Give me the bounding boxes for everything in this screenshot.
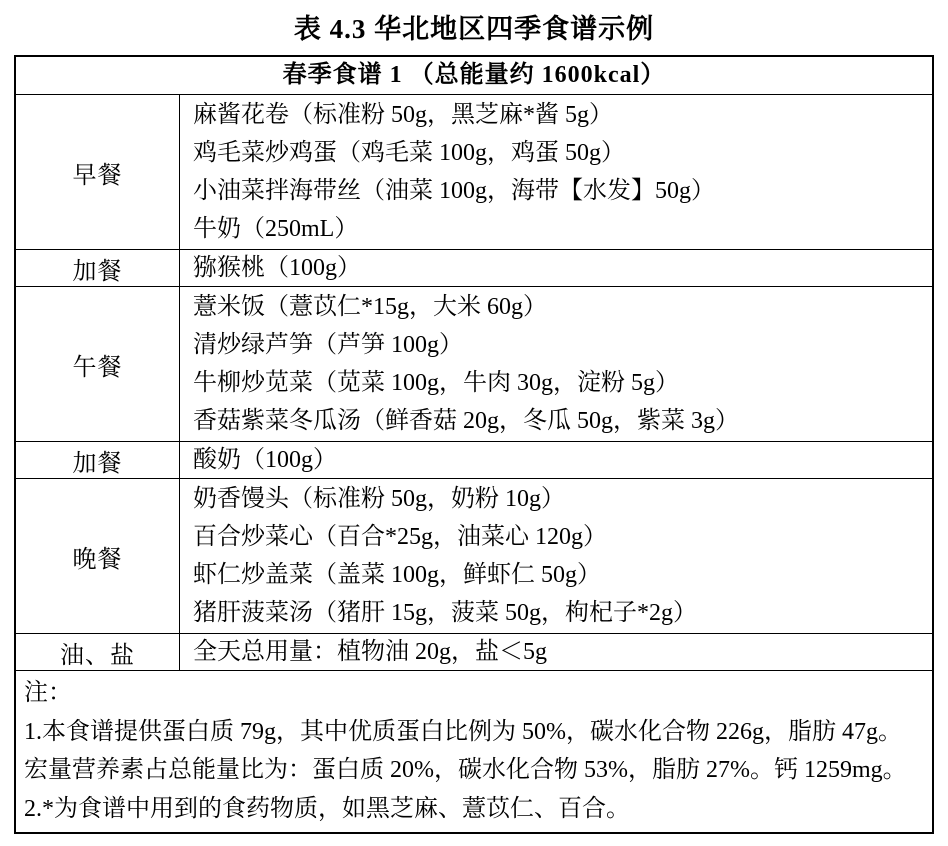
table-row-dinner: 晚餐 奶香馒头（标准粉 50g，奶粉 10g） 百合炒菜心（百合*25g，油菜心…: [16, 478, 932, 633]
meal-item: 清炒绿芦笋（芦笋 100g）: [193, 326, 932, 364]
meal-label: 油、盐: [16, 634, 180, 670]
meal-item: 鸡毛菜炒鸡蛋（鸡毛菜 100g，鸡蛋 50g）: [193, 134, 932, 172]
meal-item: 牛奶（250mL）: [193, 210, 932, 248]
meal-item: 猪肝菠菜汤（猪肝 15g，菠菜 50g，枸杞子*2g）: [193, 594, 932, 632]
meal-item: 小油菜拌海带丝（油菜 100g，海带【水发】50g）: [193, 172, 932, 210]
meal-items: 麻酱花卷（标准粉 50g，黑芝麻*酱 5g） 鸡毛菜炒鸡蛋（鸡毛菜 100g，鸡…: [180, 95, 932, 249]
table-row-breakfast: 早餐 麻酱花卷（标准粉 50g，黑芝麻*酱 5g） 鸡毛菜炒鸡蛋（鸡毛菜 100…: [16, 94, 932, 249]
note-line: 宏量营养素占总能量比为：蛋白质 20%，碳水化合物 53%，脂肪 27%。钙 1…: [24, 751, 922, 790]
document-page: 表 4.3 华北地区四季食谱示例 春季食谱 1 （总能量约 1600kcal） …: [0, 0, 948, 846]
meal-label: 加餐: [16, 250, 180, 286]
meal-items: 奶香馒头（标准粉 50g，奶粉 10g） 百合炒菜心（百合*25g，油菜心 12…: [180, 479, 932, 633]
table-row-lunch: 午餐 薏米饭（薏苡仁*15g，大米 60g） 清炒绿芦笋（芦笋 100g） 牛柳…: [16, 286, 932, 441]
meal-item: 百合炒菜心（百合*25g，油菜心 120g）: [193, 518, 932, 556]
table-row-oil-salt: 油、盐 全天总用量：植物油 20g，盐＜5g: [16, 633, 932, 670]
meal-label: 晚餐: [16, 479, 180, 633]
table-row-snack-2: 加餐 酸奶（100g）: [16, 441, 932, 478]
meal-item: 全天总用量：植物油 20g，盐＜5g: [193, 635, 932, 669]
meal-item: 麻酱花卷（标准粉 50g，黑芝麻*酱 5g）: [193, 96, 932, 134]
meal-item: 奶香馒头（标准粉 50g，奶粉 10g）: [193, 480, 932, 518]
table-header-row: 春季食谱 1 （总能量约 1600kcal）: [16, 57, 932, 94]
meal-item: 薏米饭（薏苡仁*15g，大米 60g）: [193, 288, 932, 326]
meal-item: 虾仁炒盖菜（盖菜 100g，鲜虾仁 50g）: [193, 556, 932, 594]
note-line: 1.本食谱提供蛋白质 79g，其中优质蛋白比例为 50%，碳水化合物 226g，…: [24, 713, 922, 752]
notes-heading: 注：: [24, 674, 922, 713]
meal-label: 早餐: [16, 95, 180, 249]
meal-item: 酸奶（100g）: [193, 443, 932, 477]
meal-label: 加餐: [16, 442, 180, 478]
meal-items: 全天总用量：植物油 20g，盐＜5g: [180, 634, 932, 670]
note-line: 2.*为食谱中用到的食药物质，如黑芝麻、薏苡仁、百合。: [24, 790, 922, 829]
recipe-table: 春季食谱 1 （总能量约 1600kcal） 早餐 麻酱花卷（标准粉 50g，黑…: [14, 55, 934, 834]
meal-item: 牛柳炒苋菜（苋菜 100g，牛肉 30g，淀粉 5g）: [193, 364, 932, 402]
meal-label: 午餐: [16, 287, 180, 441]
meal-items: 猕猴桃（100g）: [180, 250, 932, 286]
meal-items: 酸奶（100g）: [180, 442, 932, 478]
meal-items: 薏米饭（薏苡仁*15g，大米 60g） 清炒绿芦笋（芦笋 100g） 牛柳炒苋菜…: [180, 287, 932, 441]
meal-item: 香菇紫菜冬瓜汤（鲜香菇 20g，冬瓜 50g，紫菜 3g）: [193, 402, 932, 440]
meal-item: 猕猴桃（100g）: [193, 251, 932, 285]
notes-section: 注： 1.本食谱提供蛋白质 79g，其中优质蛋白比例为 50%，碳水化合物 22…: [16, 670, 932, 832]
table-caption: 表 4.3 华北地区四季食谱示例: [0, 0, 948, 45]
table-row-snack-1: 加餐 猕猴桃（100g）: [16, 249, 932, 286]
